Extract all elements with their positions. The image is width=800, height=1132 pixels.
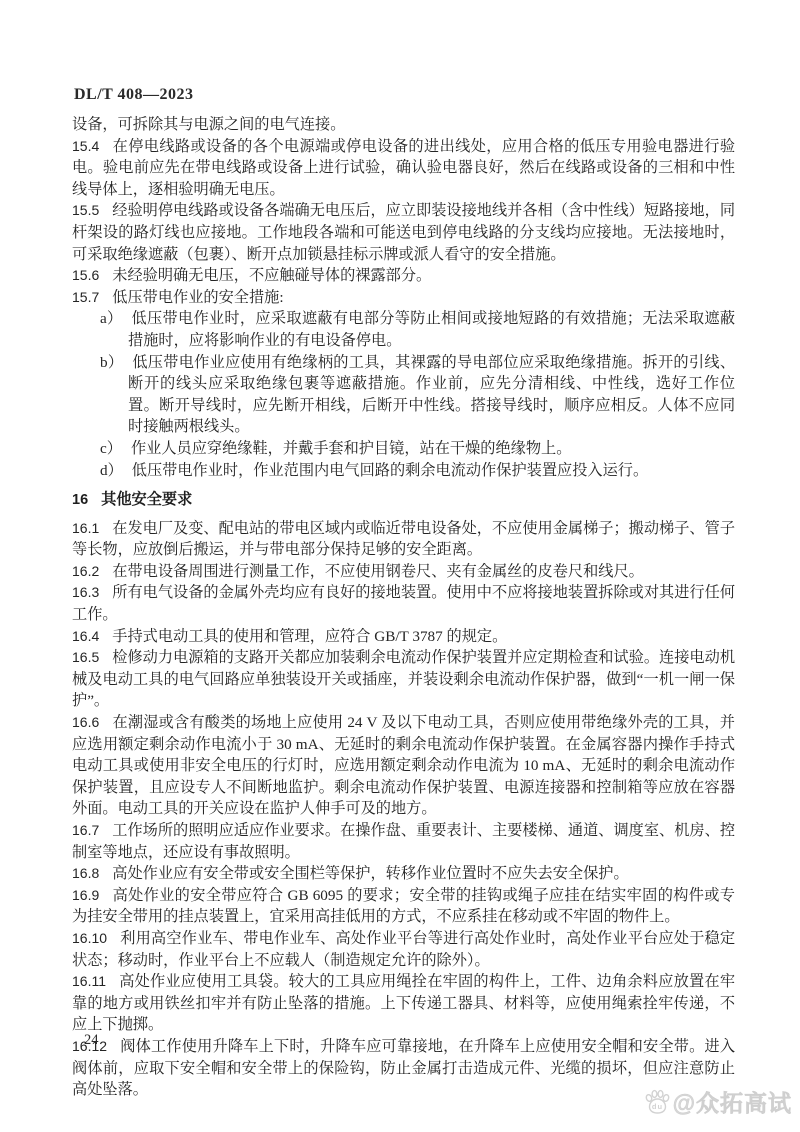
clause-15-5: 15.5经验明停电线路或设备各端确无电压后，应立即装设接地线并各相（含中性线）短… — [72, 200, 735, 265]
clause-16-4: 16.4手持式电动工具的使用和管理，应符合 GB/T 3787 的规定。 — [72, 626, 735, 648]
clause-16-1: 16.1在发电厂及变、配电站的带电区域内或临近带电设备处，不应使用金属梯子；搬动… — [72, 518, 735, 561]
clause-number: 16.1 — [72, 520, 112, 536]
item-text: 作业人员应穿绝缘鞋，并戴手套和护目镜，站在干燥的绝缘物上。 — [131, 440, 571, 457]
clause-text: 在带电设备周围进行测量工作，不应使用钢卷尺、夹有金属丝的皮卷尺和线尺。 — [112, 563, 644, 580]
page-number: 24 — [84, 1032, 99, 1049]
list-item-d: d）低压带电作业时，作业范围内电气回路的剩余电流动作保护装置应投入运行。 — [72, 460, 735, 482]
list-item-a: a）低压带电作业时，应采取遮蔽有电部分等防止相间或接地短路的有效措施；无法采取遮… — [72, 308, 735, 351]
clause-number: 16.3 — [72, 584, 112, 600]
clause-number: 16.6 — [72, 714, 112, 730]
clause-text: 所有电气设备的金属外壳均应有良好的接地装置。使用中不应将接地装置拆除或对其进行任… — [72, 584, 735, 623]
document-page: DL/T 408—2023 设备，可拆除其与电源之间的电气连接。 15.4在停电… — [0, 0, 800, 1132]
clause-text: 在潮湿或含有酸类的场地上应使用 24 V 及以下电动工具，否则应使用带绝缘外壳的… — [72, 714, 735, 817]
paragraph-continuation: 设备，可拆除其与电源之间的电气连接。 — [72, 114, 735, 136]
clause-16-9: 16.9高处作业的安全带应符合 GB 6095 的要求；安全带的挂钩或绳子应挂在… — [72, 885, 735, 928]
paw-du-label: du — [651, 1102, 662, 1111]
clause-number: 16.10 — [72, 930, 120, 946]
clause-15-4: 15.4在停电线路或设备的各个电源端或停电设备的进出线处，应用合格的低压专用验电… — [72, 136, 735, 201]
watermark: du @众拓高试 — [644, 1085, 792, 1118]
clause-text: 经验明停电线路或设备各端确无电压后，应立即装设接地线并各相（含中性线）短路接地，… — [72, 202, 735, 262]
clause-text: 工作场所的照明应适应作业要求。在操作盘、重要表计、主要楼梯、通道、调度室、机房、… — [72, 822, 735, 861]
clause-text: 阀体工作使用升降车上下时，升降车应可靠接地，在升降车上应使用安全帽和安全带。进入… — [72, 1038, 735, 1098]
clause-number: 16.2 — [72, 563, 112, 579]
clause-number: 15.7 — [72, 289, 112, 305]
clause-number: 16.5 — [72, 649, 112, 665]
clause-number: 15.5 — [72, 202, 112, 218]
clause-text: 手持式电动工具的使用和管理，应符合 GB/T 3787 的规定。 — [112, 628, 507, 645]
list-item-b: b）低压带电作业应使用有绝缘柄的工具，其裸露的导电部位应采取绝缘措施。拆开的引线… — [72, 352, 735, 438]
section-number: 16 — [72, 492, 101, 508]
clause-16-10: 16.10利用高空作业车、带电作业车、高处作业平台等进行高处作业时，高处作业平台… — [72, 928, 735, 971]
doc-body: 设备，可拆除其与电源之间的电气连接。 15.4在停电线路或设备的各个电源端或停电… — [72, 114, 735, 1101]
clause-16-2: 16.2在带电设备周围进行测量工作，不应使用钢卷尺、夹有金属丝的皮卷尺和线尺。 — [72, 561, 735, 583]
clause-16-11: 16.11高处作业应使用工具袋。较大的工具应用绳拴在牢固的构件上，工件、边角余料… — [72, 971, 735, 1036]
clause-text: 在发电厂及变、配电站的带电区域内或临近带电设备处，不应使用金属梯子；搬动梯子、管… — [72, 520, 735, 559]
item-label: b） — [100, 354, 132, 371]
clause-number: 15.4 — [72, 138, 112, 154]
clause-text: 未经验明确无电压，不应触碰导体的裸露部分。 — [112, 267, 431, 284]
clause-text: 检修动力电源箱的支路开关都应加装剩余电流动作保护装置并应定期检查和试验。连接电动… — [72, 649, 735, 709]
list-item-c: c）作业人员应穿绝缘鞋，并戴手套和护目镜，站在干燥的绝缘物上。 — [72, 438, 735, 460]
clause-text: 高处作业应使用工具袋。较大的工具应用绳拴在牢固的构件上，工件、边角余料应放置在牢… — [72, 973, 735, 1033]
section-title: 其他安全要求 — [101, 491, 192, 508]
item-text: 低压带电作业时，应采取遮蔽有电部分等防止相间或接地短路的有效措施；无法采取遮蔽措… — [128, 310, 735, 349]
item-label: d） — [100, 462, 132, 479]
section-16-heading: 16其他安全要求 — [72, 489, 735, 512]
clause-16-3: 16.3所有电气设备的金属外壳均应有良好的接地装置。使用中不应将接地装置拆除或对… — [72, 582, 735, 625]
item-text: 低压带电作业时，作业范围内电气回路的剩余电流动作保护装置应投入运行。 — [132, 462, 648, 479]
clause-text: 利用高空作业车、带电作业车、高处作业平台等进行高处作业时，高处作业平台应处于稳定… — [72, 930, 735, 969]
watermark-text: @众拓高试 — [673, 1085, 792, 1118]
clause-text: 低压带电作业的安全措施: — [112, 289, 283, 306]
clause-15-7: 15.7低压带电作业的安全措施: — [72, 287, 735, 309]
clause-16-8: 16.8高处作业应有安全带或安全围栏等保护，转移作业位置时不应失去安全保护。 — [72, 863, 735, 885]
clause-15-6: 15.6未经验明确无电压，不应触碰导体的裸露部分。 — [72, 265, 735, 287]
clause-16-6: 16.6在潮湿或含有酸类的场地上应使用 24 V 及以下电动工具，否则应使用带绝… — [72, 712, 735, 820]
clause-number: 16.9 — [72, 887, 112, 903]
clause-text: 在停电线路或设备的各个电源端或停电设备的进出线处，应用合格的低压专用验电器进行验… — [72, 138, 735, 198]
item-text: 低压带电作业应使用有绝缘柄的工具，其裸露的导电部位应采取绝缘措施。拆开的引线、断… — [128, 354, 735, 436]
clause-16-7: 16.7工作场所的照明应适应作业要求。在操作盘、重要表计、主要楼梯、通道、调度室… — [72, 820, 735, 863]
clause-16-5: 16.5检修动力电源箱的支路开关都应加装剩余电流动作保护装置并应定期检查和试验。… — [72, 647, 735, 712]
clause-number: 16.4 — [72, 628, 112, 644]
clause-16-12: 16.12阀体工作使用升降车上下时，升降车应可靠接地，在升降车上应使用安全帽和安… — [72, 1036, 735, 1101]
baidu-paw-icon: du — [644, 1088, 671, 1116]
clause-number: 16.8 — [72, 865, 112, 881]
doc-number: DL/T 408—2023 — [74, 86, 194, 104]
clause-number: 15.6 — [72, 267, 112, 283]
item-label: a） — [100, 310, 132, 327]
clause-number: 16.7 — [72, 822, 112, 838]
clause-text: 高处作业的安全带应符合 GB 6095 的要求；安全带的挂钩或绳子应挂在结实牢固… — [72, 887, 735, 926]
item-label: c） — [100, 440, 131, 457]
clause-text: 高处作业应有安全带或安全围栏等保护，转移作业位置时不应失去安全保护。 — [112, 865, 628, 882]
clause-number: 16.11 — [72, 973, 119, 989]
